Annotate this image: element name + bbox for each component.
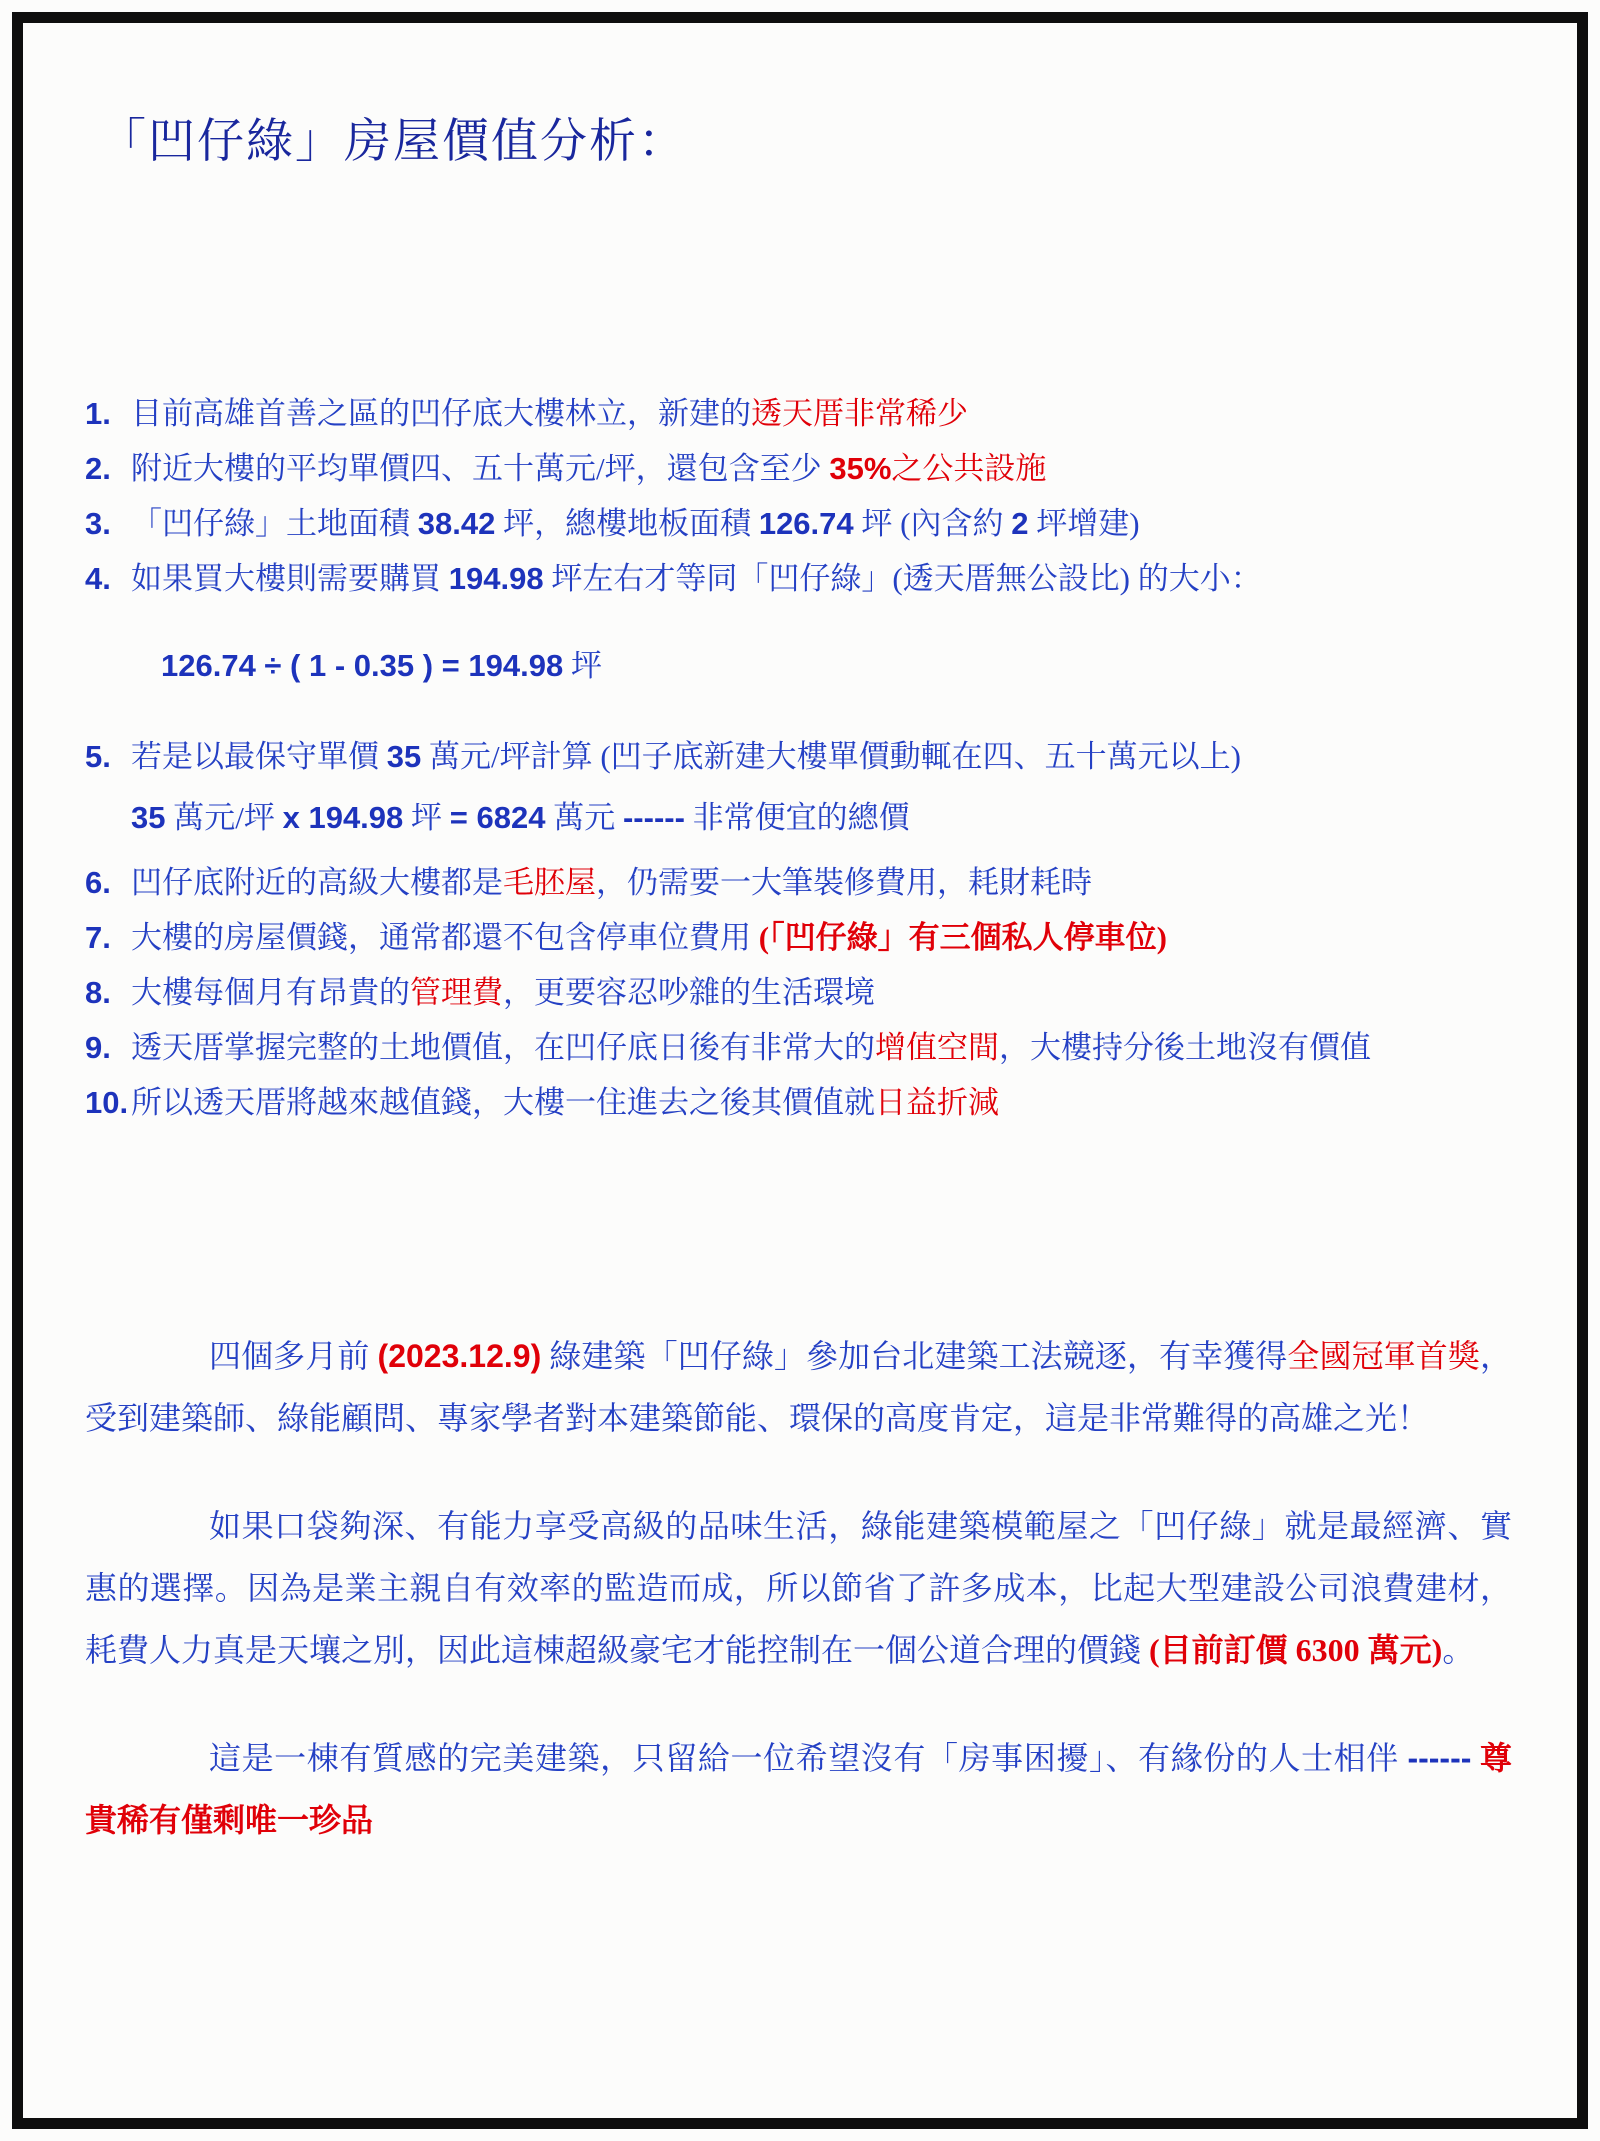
text-segment: 凹仔底附近的高級大樓都是 [131, 865, 503, 900]
text-segment: 。 [1442, 1632, 1474, 1668]
list-item: 2.附近大樓的平均單價四、五十萬元/坪，還包含至少 35%之公共設施 [85, 441, 1512, 496]
list-item: 9.透天厝掌握完整的土地價值，在凹仔底日後有非常大的增值空間，大樓持分後土地沒有… [85, 1020, 1512, 1075]
text-segment: 目前高雄首善之區的凹仔底大樓林立，新建的 [131, 396, 751, 431]
text-segment: 坪 [403, 800, 450, 835]
text-segment: 「凹仔綠」土地面積 [131, 506, 418, 541]
item-number: 2. [85, 441, 131, 496]
text-segment: 增值空間 [875, 1030, 999, 1065]
text-segment: 194.98 [449, 561, 544, 596]
item-number: 3. [85, 496, 131, 551]
item-text: 透天厝掌握完整的土地價值，在凹仔底日後有非常大的增值空間，大樓持分後土地沒有價值 [131, 1030, 1371, 1065]
item-number: 1. [85, 386, 131, 441]
conversion-formula: 126.74 ÷ ( 1 - 0.35 ) = 194.98 坪 [85, 638, 1512, 693]
text-segment: ，大樓持分後土地沒有價值 [999, 1030, 1371, 1065]
paragraph-award: 四個多月前 (2023.12.9) 綠建築「凹仔綠」參加台北建築工法競逐，有幸獲… [85, 1325, 1512, 1449]
text-segment: 萬元/坪 [165, 800, 282, 835]
item-number: 9. [85, 1020, 131, 1075]
text-segment: 大樓的房屋價錢，通常都還不包含停車位費用 [131, 920, 759, 955]
text-segment: 坪，總樓地板面積 [495, 506, 759, 541]
item-text: 如果買大樓則需要購買 194.98 坪左右才等同「凹仔綠」(透天厝無公設比) 的… [131, 561, 1262, 596]
item-text: 若是以最保守單價 35 萬元/坪計算 (凹子底新建大樓單價動輒在四、五十萬元以上… [131, 739, 1241, 774]
text-segment: ，更要容忍吵雜的生活環境 [503, 975, 875, 1010]
list-item: 10.所以透天厝將越來越值錢，大樓一住進去之後其價值就日益折減 [85, 1075, 1512, 1130]
item-text: 所以透天厝將越來越值錢，大樓一住進去之後其價值就日益折減 [131, 1085, 999, 1120]
item-text: 大樓每個月有昂貴的管理費，更要容忍吵雜的生活環境 [131, 975, 875, 1010]
price-calculation: 35 萬元/坪 x 194.98 坪 = 6824 萬元 ------ 非常便宜… [85, 790, 1512, 845]
list-item: 8.大樓每個月有昂貴的管理費，更要容忍吵雜的生活環境 [85, 965, 1512, 1020]
text-segment: 這是一棟有質感的完美建築，只留給一位希望沒有「房事困擾」、有緣份的人士相伴 [209, 1740, 1407, 1776]
item-text: 目前高雄首善之區的凹仔底大樓林立，新建的透天厝非常稀少 [131, 396, 968, 431]
text-segment: 管理費 [410, 975, 503, 1010]
text-segment: 35% [829, 451, 891, 486]
text-segment: 毛胚屋 [503, 865, 596, 900]
text-segment: 126.74 ÷ ( 1 - 0.35 ) = 194.98 [161, 648, 563, 683]
item-number: 5. [85, 729, 131, 784]
text-segment: 非常便宜的總價 [685, 800, 910, 835]
item-text: 附近大樓的平均單價四、五十萬元/坪，還包含至少 35%之公共設施 [131, 451, 1046, 486]
text-segment: (目前訂價 6300 萬元) [1149, 1632, 1442, 1668]
item-number: 7. [85, 910, 131, 965]
text-segment: 126.74 [759, 506, 854, 541]
value-analysis-list: 1.目前高雄首善之區的凹仔底大樓林立，新建的透天厝非常稀少2.附近大樓的平均單價… [85, 386, 1512, 1130]
list-item: 1.目前高雄首善之區的凹仔底大樓林立，新建的透天厝非常稀少 [85, 386, 1512, 441]
text-segment: (「凹仔綠」有三個私人停車位) [759, 920, 1167, 955]
text-segment: x 194.98 [283, 800, 404, 835]
text-segment: 之公共設施 [891, 451, 1046, 486]
text-segment: = 6824 [450, 800, 546, 835]
item-number: 10. [85, 1075, 131, 1130]
text-segment: ------ [1407, 1740, 1471, 1776]
text-segment: 若是以最保守單價 [131, 739, 387, 774]
list-item: 4.如果買大樓則需要購買 194.98 坪左右才等同「凹仔綠」(透天厝無公設比)… [85, 551, 1512, 606]
text-segment: 全國冠軍首獎 [1287, 1338, 1480, 1374]
page-title: 「凹仔綠」房屋價值分析： [99, 104, 687, 171]
text-segment: 38.42 [418, 506, 496, 541]
item-text: 大樓的房屋價錢，通常都還不包含停車位費用 (「凹仔綠」有三個私人停車位) [131, 920, 1167, 955]
list-item: 5.若是以最保守單價 35 萬元/坪計算 (凹子底新建大樓單價動輒在四、五十萬元… [85, 729, 1512, 784]
text-segment: 坪增建) [1028, 506, 1139, 541]
text-segment: 附近大樓的平均單價四、五十萬元/坪，還包含至少 [131, 451, 829, 486]
text-segment: 2 [1011, 506, 1028, 541]
body-paragraphs: 四個多月前 (2023.12.9) 綠建築「凹仔綠」參加台北建築工法競逐，有幸獲… [85, 1325, 1512, 1851]
text-segment: 四個多月前 [209, 1338, 378, 1374]
text-segment: 35 [387, 739, 421, 774]
text-segment: 日益折減 [875, 1085, 999, 1120]
text-segment: 35 [131, 800, 165, 835]
text-segment: 坪左右才等同「凹仔綠」(透天厝無公設比) 的大小： [544, 561, 1262, 596]
text-segment: ------ [623, 800, 685, 835]
paragraph-value: 如果口袋夠深、有能力享受高級的品味生活，綠能建築模範屋之「凹仔綠」就是最經濟、實… [85, 1495, 1512, 1681]
text-segment: 萬元/坪計算 (凹子底新建大樓單價動輒在四、五十萬元以上) [421, 739, 1241, 774]
text-segment: 坪 (內含約 [854, 506, 1012, 541]
text-segment: 萬元 [545, 800, 623, 835]
list-item: 3.「凹仔綠」土地面積 38.42 坪，總樓地板面積 126.74 坪 (內含約… [85, 496, 1512, 551]
list-item: 7.大樓的房屋價錢，通常都還不包含停車位費用 (「凹仔綠」有三個私人停車位) [85, 910, 1512, 965]
text-segment: 坪 [563, 648, 602, 683]
text-segment: 大樓每個月有昂貴的 [131, 975, 410, 1010]
text-segment: 所以透天厝將越來越值錢，大樓一住進去之後其價值就 [131, 1085, 875, 1120]
text-segment: (2023.12.9) [378, 1338, 542, 1374]
item-number: 6. [85, 855, 131, 910]
text-segment: ，仍需要一大筆裝修費用，耗財耗時 [596, 865, 1092, 900]
text-segment: 如果買大樓則需要購買 [131, 561, 449, 596]
item-number: 4. [85, 551, 131, 606]
text-segment: 透天厝掌握完整的土地價值，在凹仔底日後有非常大的 [131, 1030, 875, 1065]
text-segment: 透天厝非常稀少 [751, 396, 968, 431]
list-item: 6.凹仔底附近的高級大樓都是毛胚屋，仍需要一大筆裝修費用，耗財耗時 [85, 855, 1512, 910]
paragraph-closing: 這是一棟有質感的完美建築，只留給一位希望沒有「房事困擾」、有緣份的人士相伴 --… [85, 1727, 1512, 1851]
text-segment: 綠建築「凹仔綠」參加台北建築工法競逐，有幸獲得 [541, 1338, 1287, 1374]
item-text: 「凹仔綠」土地面積 38.42 坪，總樓地板面積 126.74 坪 (內含約 2… [131, 506, 1140, 541]
item-text: 凹仔底附近的高級大樓都是毛胚屋，仍需要一大筆裝修費用，耗財耗時 [131, 865, 1092, 900]
item-number: 8. [85, 965, 131, 1020]
